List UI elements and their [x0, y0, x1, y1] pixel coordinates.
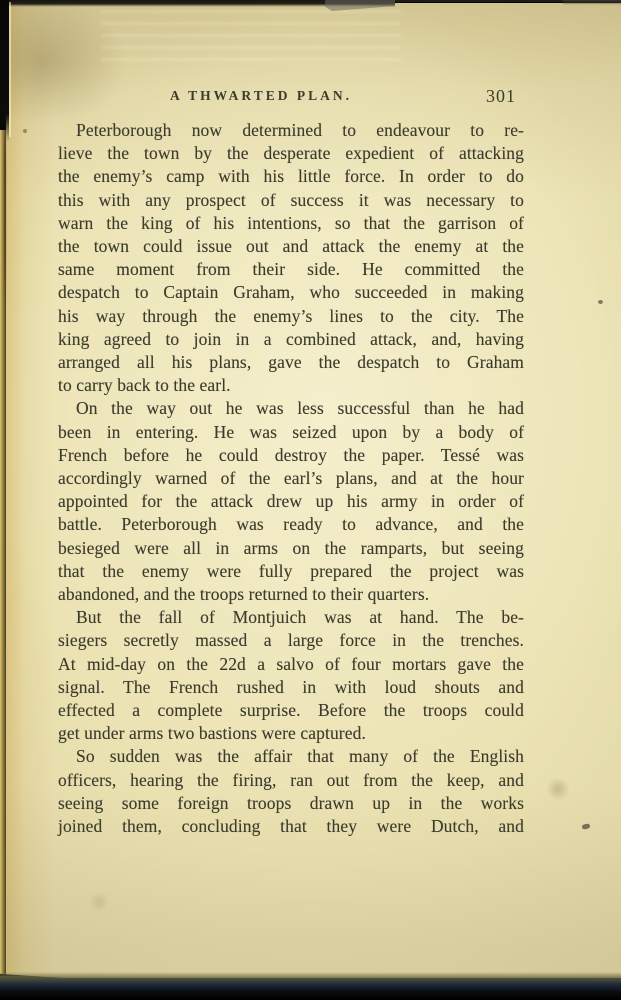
text-line: battle. Peterborough was ready to advanc… — [58, 513, 524, 536]
page-edge-bottom — [0, 972, 621, 1000]
text-line: that the enemy were fully prepared the p… — [58, 560, 524, 583]
text-line: despatch to Captain Graham, who succeede… — [58, 281, 524, 304]
paragraph: On the way out he was less successful th… — [58, 397, 524, 606]
ink-speck — [598, 300, 603, 304]
paragraph: So sudden was the affair that many of th… — [58, 745, 524, 838]
text-line: signal. The French rushed in with loud s… — [58, 676, 524, 699]
text-line: At mid-day on the 22d a salvo of four mo… — [58, 653, 524, 676]
text-line: king agreed to join in a combined attack… — [58, 328, 524, 351]
text-line: But the fall of Montjuich was at hand. T… — [58, 606, 524, 629]
page-paper: A THWARTED PLAN. 301 Peterborough now de… — [6, 3, 621, 978]
text-line: his way through the enemy’s lines to the… — [58, 305, 524, 328]
text-line: this with any prospect of success it was… — [58, 189, 524, 212]
text-line: arranged all his plans, gave the despatc… — [58, 351, 524, 374]
text-line: seeing some foreign troops drawn up in t… — [58, 792, 524, 815]
book-spine-line — [4, 128, 6, 303]
page-edge-top-thin — [395, 0, 563, 2]
page-edge-left-dark — [0, 0, 9, 142]
paper-smudge — [545, 778, 571, 800]
page-corner-top-right — [563, 0, 621, 5]
scanned-book-page: A THWARTED PLAN. 301 Peterborough now de… — [0, 0, 621, 1000]
text-line: been in entering. He was seized upon by … — [58, 421, 524, 444]
text-line: officers, hearing the firing, ran out fr… — [58, 769, 524, 792]
text-line: get under arms two bastions were capture… — [58, 722, 524, 745]
page-body-text: Peterborough now determined to endeavour… — [58, 119, 524, 838]
text-line: French before he could destroy the paper… — [58, 444, 524, 467]
text-line: joined them, concluding that they were D… — [58, 815, 524, 838]
text-line: warn the king of his intentions, so that… — [58, 212, 524, 235]
paragraph: Peterborough now determined to endeavour… — [58, 119, 524, 397]
page-header: A THWARTED PLAN. 301 — [58, 88, 524, 110]
text-line: siegers secretly massed a large force in… — [58, 629, 524, 652]
text-line: Peterborough now determined to endeavour… — [58, 119, 524, 142]
paper-smudge — [88, 893, 110, 911]
text-line: the enemy’s camp with his little force. … — [58, 165, 524, 188]
text-line: besieged were all in arms on the rampart… — [58, 537, 524, 560]
text-line: abandoned, and the troops returned to th… — [58, 583, 524, 606]
text-line: same moment from their side. He committe… — [58, 258, 524, 281]
page-number: 301 — [486, 86, 516, 107]
text-line: effected a complete surprise. Before the… — [58, 699, 524, 722]
text-line: the town could issue out and attack the … — [58, 235, 524, 258]
ink-speck — [23, 129, 27, 133]
text-line: On the way out he was less successful th… — [58, 397, 524, 420]
text-line: appointed for the attack drew up his arm… — [58, 490, 524, 513]
text-line: So sudden was the affair that many of th… — [58, 745, 524, 768]
scan-light-streaks — [101, 10, 401, 65]
text-line: to carry back to the earl. — [58, 374, 524, 397]
text-line: lieve the town by the desperate expedien… — [58, 142, 524, 165]
paragraph: But the fall of Montjuich was at hand. T… — [58, 606, 524, 745]
text-line: accordingly warned of the earl’s plans, … — [58, 467, 524, 490]
page-edge-left-highlight — [9, 2, 11, 137]
running-title: A THWARTED PLAN. — [58, 88, 464, 104]
